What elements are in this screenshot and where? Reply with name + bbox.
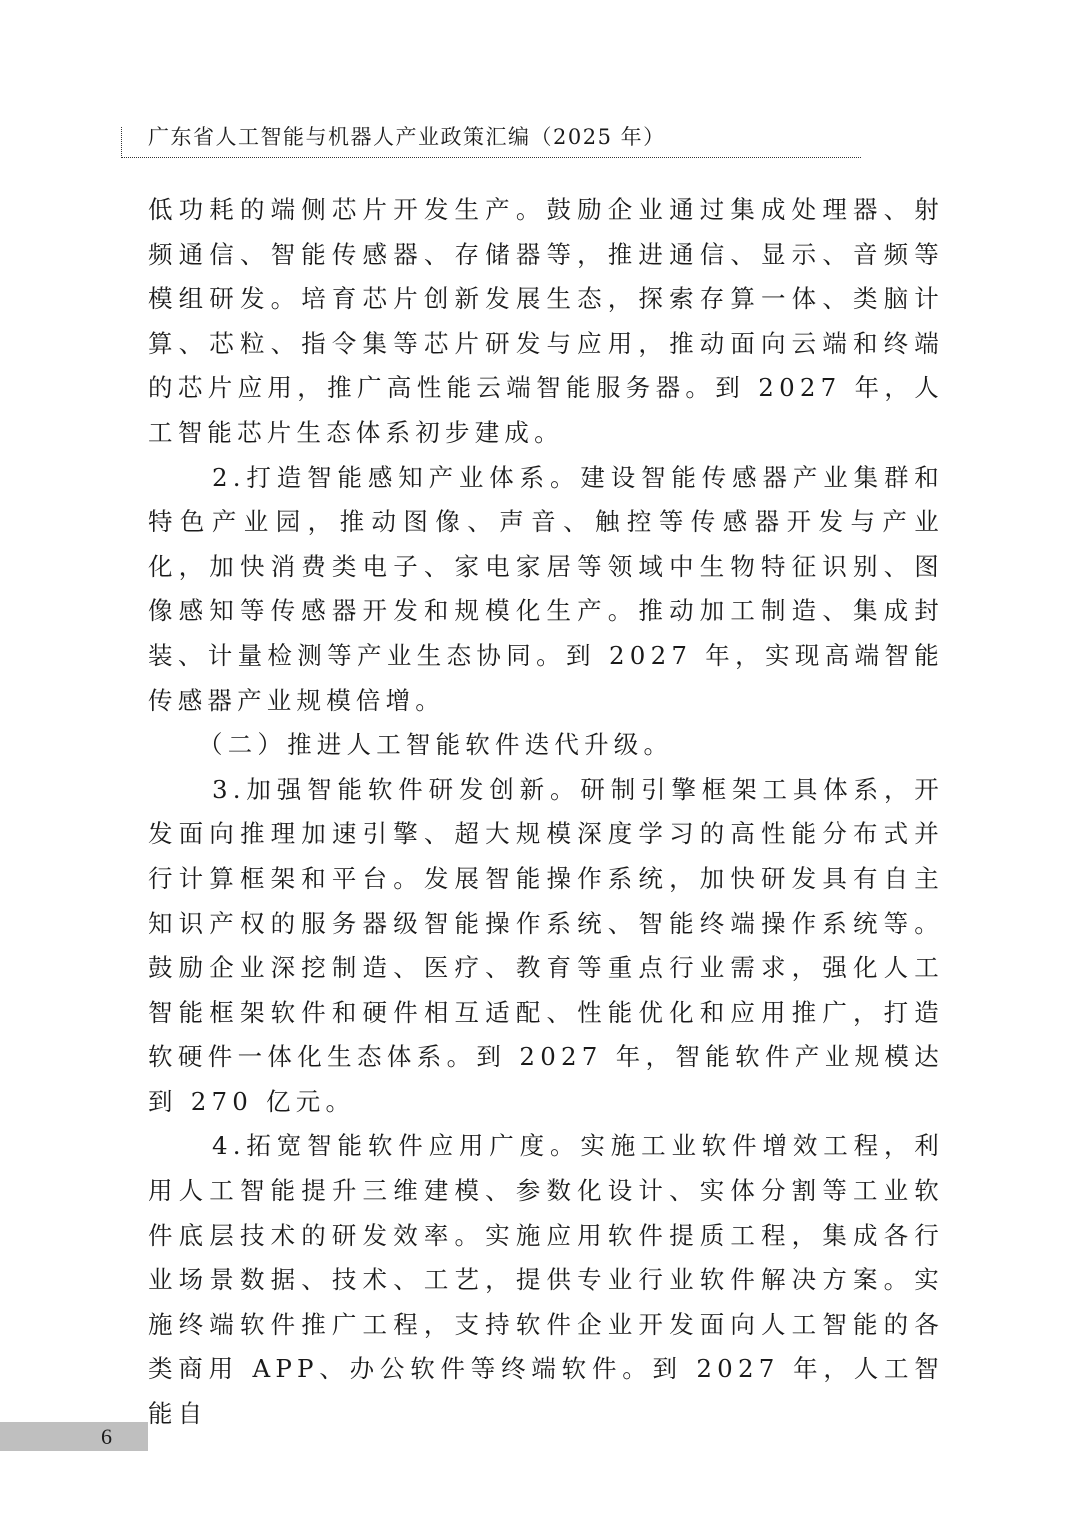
paragraph-item-3: 3.加强智能软件研发创新。研制引擎框架工具体系，开发面向推理加速引擎、超大规模深…: [148, 768, 944, 1125]
paragraph-item-2: 2.打造智能感知产业体系。建设智能传感器产业集群和特色产业园，推动图像、声音、触…: [148, 456, 944, 724]
section-heading: （二）推进人工智能软件迭代升级。: [148, 723, 944, 768]
document-body: 低功耗的端侧芯片开发生产。鼓励企业通过集成处理器、射频通信、智能传感器、存储器等…: [148, 188, 944, 1437]
page-number-bar: 6: [0, 1422, 148, 1451]
running-header-title: 广东省人工智能与机器人产业政策汇编（2025 年）: [148, 121, 666, 151]
page-number: 6: [101, 1422, 112, 1451]
paragraph-continuation: 低功耗的端侧芯片开发生产。鼓励企业通过集成处理器、射频通信、智能传感器、存储器等…: [148, 188, 944, 456]
paragraph-item-4: 4.拓宽智能软件应用广度。实施工业软件增效工程，利用人工智能提升三维建模、参数化…: [148, 1124, 944, 1436]
running-header: 广东省人工智能与机器人产业政策汇编（2025 年）: [121, 127, 861, 158]
